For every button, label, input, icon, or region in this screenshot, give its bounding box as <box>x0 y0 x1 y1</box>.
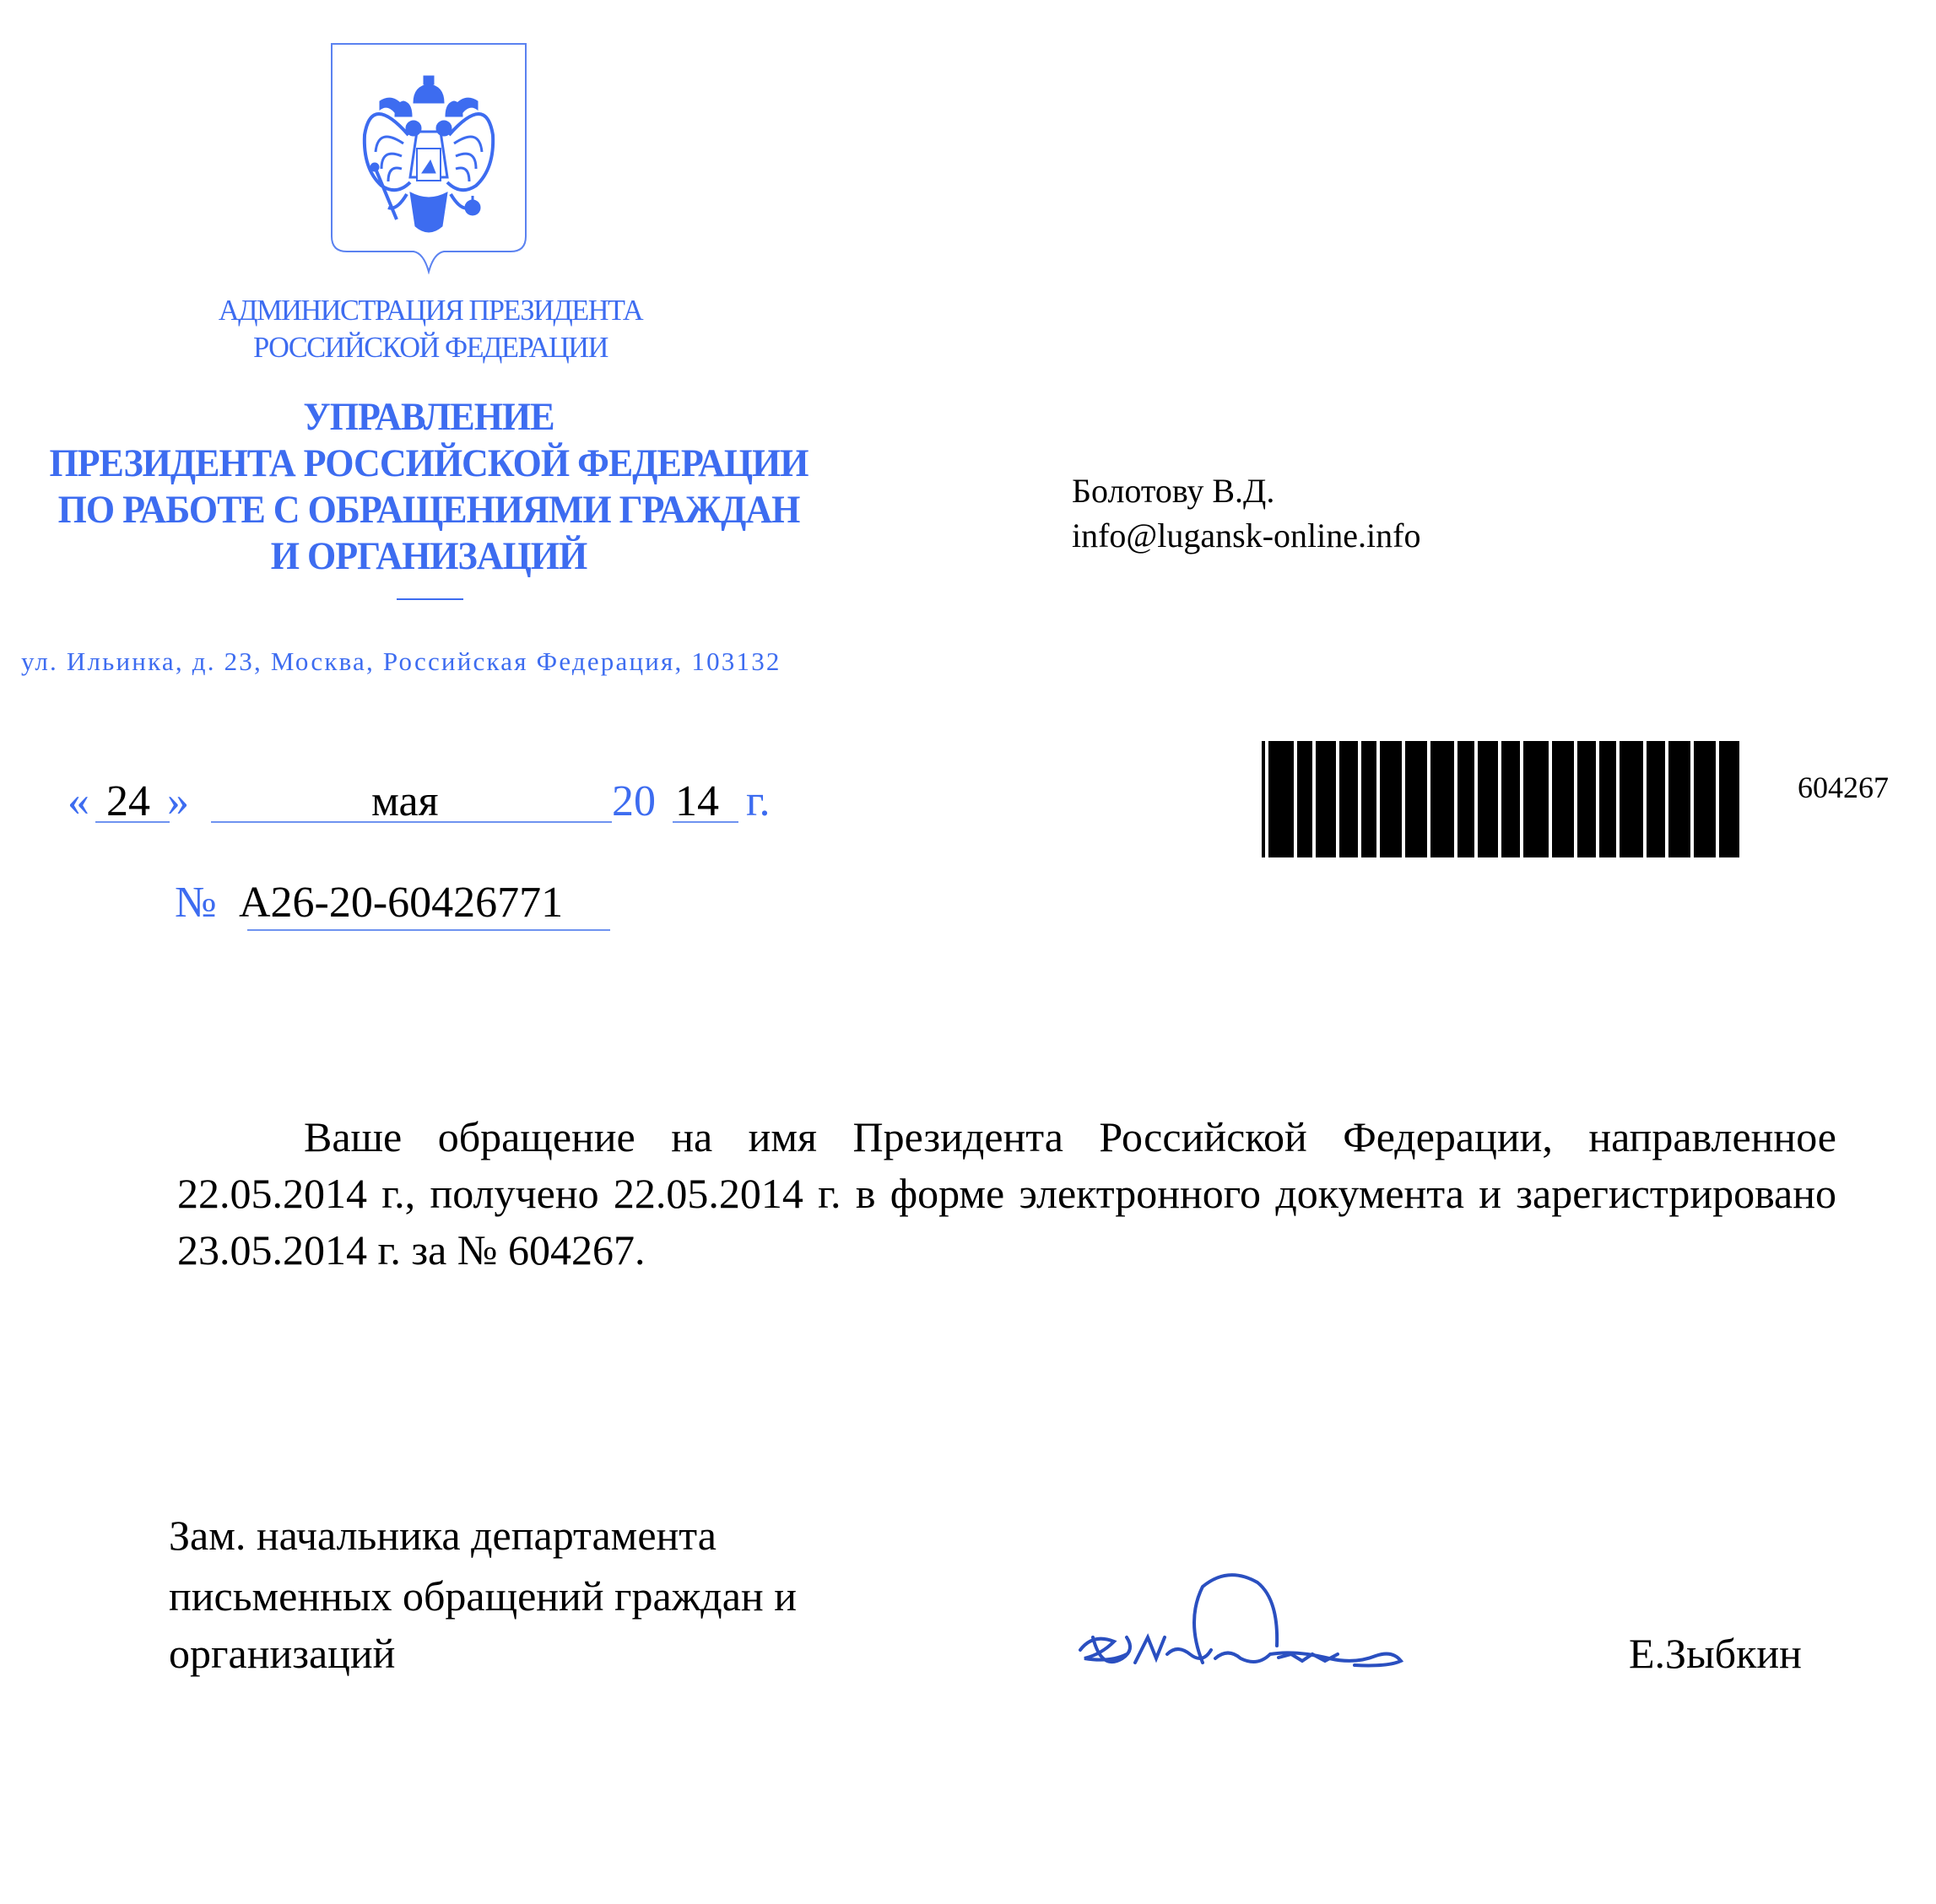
reference-number-value: А26-20-60426771 <box>239 878 563 928</box>
signer-position-line-3: организаций <box>169 1629 395 1678</box>
letterhead-divider <box>397 598 463 600</box>
day-underline <box>95 821 170 823</box>
department-title-line-2: ПРЕЗИДЕНТА РОССИЙСКОЙ ФЕДЕРАЦИИ <box>0 440 857 485</box>
signer-position-line-2: письменных обращений граждан и <box>169 1571 797 1620</box>
administration-title-line-1: АДМИНИСТРАЦИЯ ПРЕЗИДЕНТА <box>8 294 852 327</box>
number-sign: № <box>175 878 217 928</box>
letter-body: Ваше обращение на имя Президента Российс… <box>177 1109 1836 1279</box>
date-close-quote: » <box>167 776 189 827</box>
month-underline <box>211 821 612 823</box>
recipient-email: info@lugansk-online.info <box>1072 516 1420 555</box>
barcode-number: 604267 <box>1798 770 1889 805</box>
year-underline <box>673 821 738 823</box>
coat-of-arms-icon <box>329 42 528 274</box>
date-day: 24 <box>106 776 150 827</box>
department-title-line-4: И ОРГАНИЗАЦИЙ <box>0 533 857 578</box>
date-century: 20 <box>612 776 656 827</box>
date-year: 14 <box>675 776 719 827</box>
signer-position-line-1: Зам. начальника департамента <box>169 1511 717 1560</box>
reference-underline <box>247 929 610 931</box>
barcode <box>1262 741 1774 857</box>
date-year-suffix: г. <box>746 776 770 827</box>
signer-name: Е.Зыбкин <box>1629 1629 1802 1678</box>
handwritten-signature-icon <box>1076 1570 1430 1684</box>
department-title-line-1: УПРАВЛЕНИЕ <box>0 393 857 439</box>
administration-title-line-2: РОССИЙСКОЙ ФЕДЕРАЦИИ <box>8 331 852 365</box>
sender-address: ул. Ильинка, д. 23, Москва, Российская Ф… <box>21 646 781 677</box>
date-month: мая <box>371 776 439 827</box>
date-open-quote: « <box>68 776 89 827</box>
department-title-line-3: ПО РАБОТЕ С ОБРАЩЕНИЯМИ ГРАЖДАН <box>0 486 857 532</box>
recipient-name: Болотову В.Д. <box>1072 471 1274 511</box>
